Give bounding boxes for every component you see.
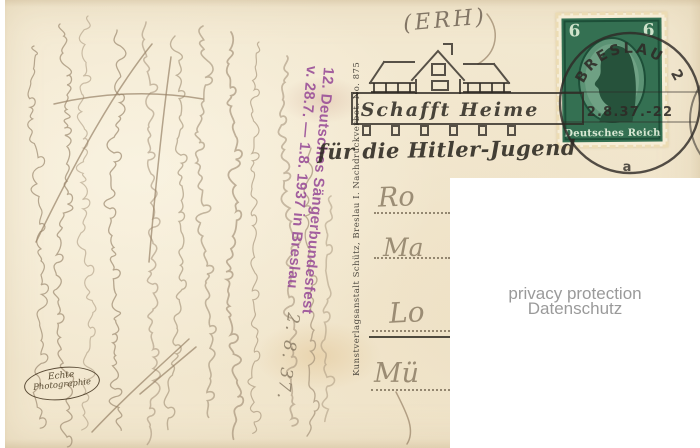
address-dotted-line — [374, 212, 450, 214]
privacy-overlay-text: privacy protection Datenschutz — [450, 286, 700, 316]
address-dotted-line — [374, 257, 450, 259]
postcard-scan: 12. Deutsches Sängerbundesfest v. 28.7. … — [0, 0, 700, 448]
address-line-fragment: Ro — [377, 181, 415, 213]
address-dotted-line — [372, 330, 450, 332]
postage-stamp: 6 6 Deutsches Reich — [556, 13, 667, 148]
privacy-line2: Datenschutz — [450, 301, 700, 316]
stamp-field: 6 6 Deutsches Reich — [561, 18, 662, 143]
address-underline — [369, 336, 451, 338]
stamp-denomination-left: 6 — [568, 21, 580, 41]
scan-edge — [0, 0, 5, 448]
stamp-denomination-right: 6 — [643, 21, 655, 41]
address-dotted-line — [371, 389, 450, 391]
address-line-fragment: Mü — [374, 358, 419, 389]
publisher-imprint: Kunstverlagsanstalt Schütz, Breslau I. N… — [352, 62, 362, 376]
address-line-fragment: Lo — [388, 295, 425, 330]
stamp-country-label: Deutsches Reich — [562, 128, 662, 140]
